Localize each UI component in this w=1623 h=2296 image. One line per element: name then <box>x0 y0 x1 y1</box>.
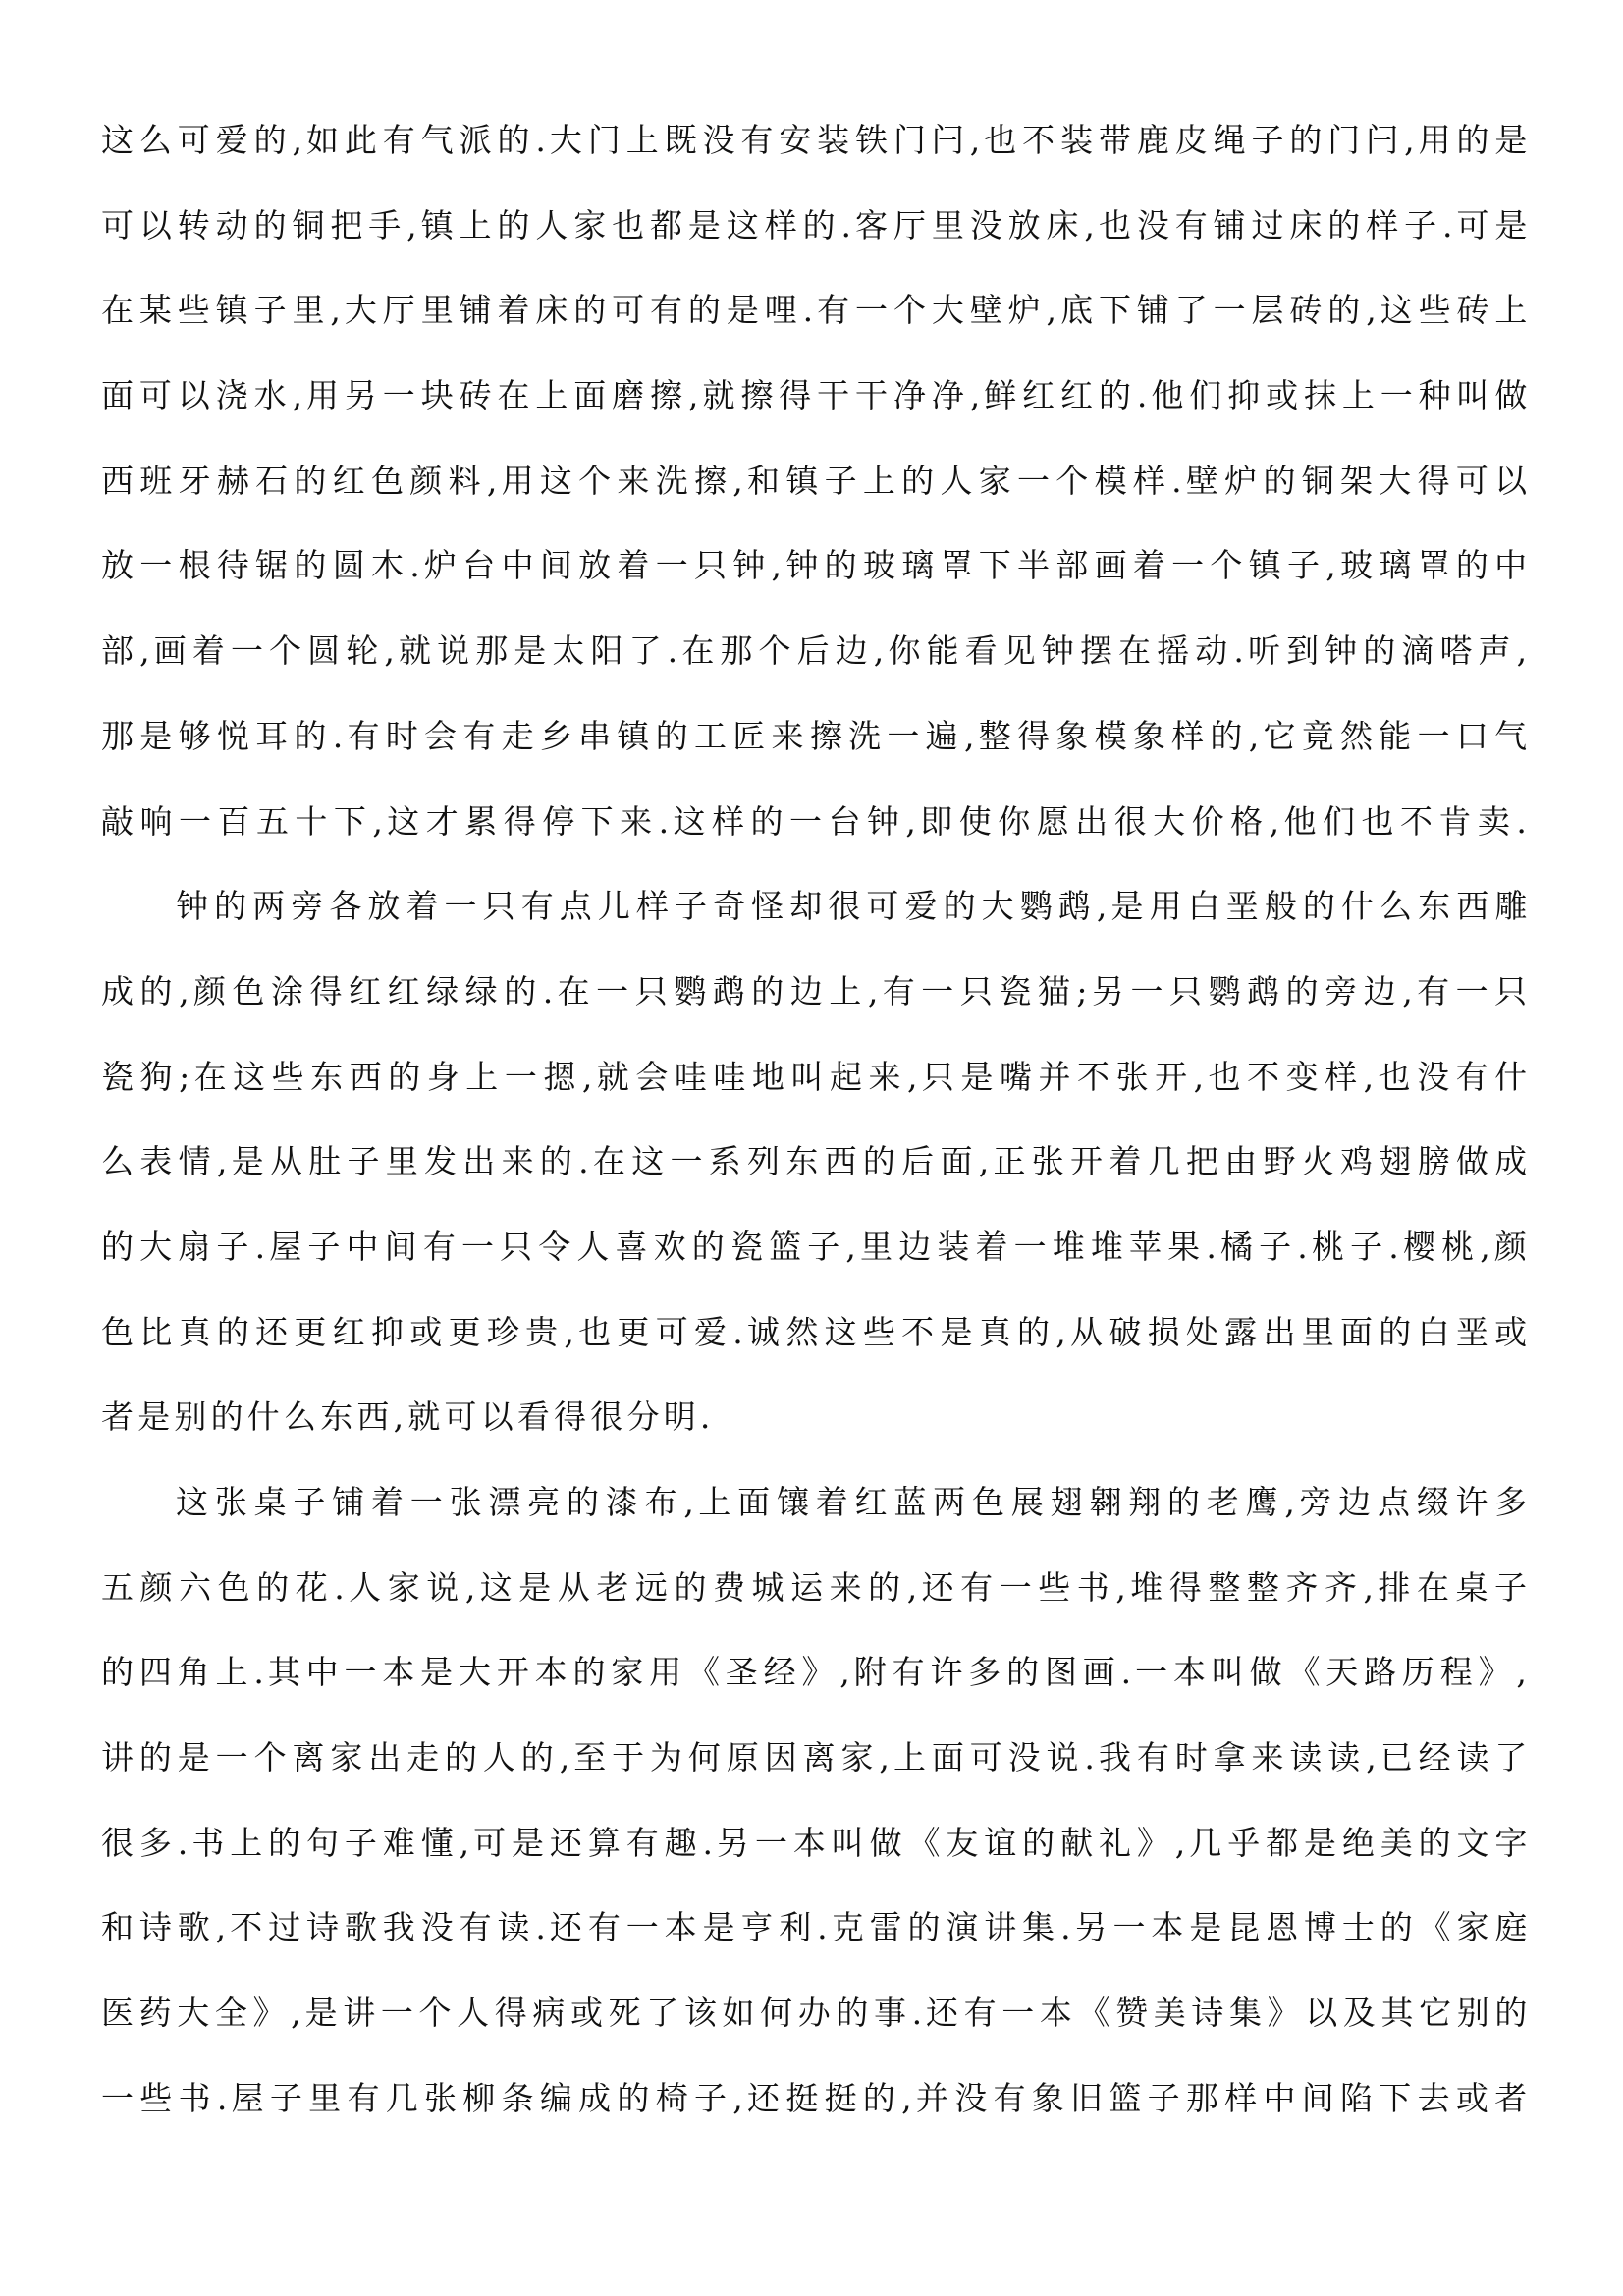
paragraph-1: 这 么 可 爱 的 , 如 此 有 气 派 的 . 大 门 上 既 没 有 安 … <box>101 98 1527 864</box>
document-body: 这 么 可 爱 的 , 如 此 有 气 派 的 . 大 门 上 既 没 有 安 … <box>101 98 1527 2142</box>
paragraph-line: 的 四 角 上 . 其 中 一 本 是 大 开 本 的 家 用 《 圣 经 》 … <box>101 1630 1527 1716</box>
paragraph-line: 在 某 些 镇 子 里 , 大 厅 里 铺 着 床 的 可 有 的 是 哩 . … <box>101 268 1527 354</box>
paragraph-line: 五 颜 六 色 的 花 . 人 家 说 , 这 是 从 老 远 的 费 城 运 … <box>101 1546 1527 1631</box>
paragraph-line: 色 比 真 的 还 更 红 抑 或 更 珍 贵 , 也 更 可 爱 . 诚 然 … <box>101 1290 1527 1376</box>
paragraph-line: 成 的 , 颜 色 涂 得 红 红 绿 绿 的 . 在 一 只 鹦 鹉 的 边 … <box>101 950 1527 1035</box>
paragraph-line: 一 些 书 . 屋 子 里 有 几 张 柳 条 编 成 的 椅 子 , 还 挺 … <box>101 2056 1527 2142</box>
paragraph-last-line: 者是别的什么东西,就可以看得很分明. <box>101 1375 1527 1460</box>
paragraph-line: 医 药 大 全 》 , 是 讲 一 个 人 得 病 或 死 了 该 如 何 办 … <box>101 1971 1527 2056</box>
paragraph-line: 么 表 情 , 是 从 肚 子 里 发 出 来 的 . 在 这 一 系 列 东 … <box>101 1120 1527 1205</box>
paragraph-line: 瓷 狗 ; 在 这 些 东 西 的 身 上 一 摁 , 就 会 哇 哇 地 叫 … <box>101 1035 1527 1121</box>
paragraph-line: 和 诗 歌 , 不 过 诗 歌 我 没 有 读 . 还 有 一 本 是 亨 利 … <box>101 1886 1527 1971</box>
paragraph-first-line: 钟 的 两 旁 各 放 着 一 只 有 点 儿 样 子 奇 怪 却 很 可 爱 … <box>101 864 1527 950</box>
paragraph-line: 那 是 够 悦 耳 的 . 有 时 会 有 走 乡 串 镇 的 工 匠 来 擦 … <box>101 694 1527 780</box>
paragraph-line: 讲 的 是 一 个 离 家 出 走 的 人 的 , 至 于 为 何 原 因 离 … <box>101 1716 1527 1801</box>
paragraph-line: 很 多 . 书 上 的 句 子 难 懂 , 可 是 还 算 有 趣 . 另 一 … <box>101 1801 1527 1886</box>
paragraph-3: 这 张 桌 子 铺 着 一 张 漂 亮 的 漆 布 , 上 面 镶 着 红 蓝 … <box>101 1460 1527 2142</box>
paragraph-line: 部 , 画 着 一 个 圆 轮 , 就 说 那 是 太 阳 了 . 在 那 个 … <box>101 609 1527 694</box>
paragraph-line: 可 以 转 动 的 铜 把 手 , 镇 上 的 人 家 也 都 是 这 样 的 … <box>101 184 1527 269</box>
paragraph-first-line: 这 张 桌 子 铺 着 一 张 漂 亮 的 漆 布 , 上 面 镶 着 红 蓝 … <box>101 1460 1527 1546</box>
paragraph-line: 敲 响 一 百 五 十 下 , 这 才 累 得 停 下 来 . 这 样 的 一 … <box>101 780 1527 865</box>
paragraph-line: 的 大 扇 子 . 屋 子 中 间 有 一 只 令 人 喜 欢 的 瓷 篮 子 … <box>101 1205 1527 1290</box>
document-page: 这 么 可 爱 的 , 如 此 有 气 派 的 . 大 门 上 既 没 有 安 … <box>0 0 1623 2296</box>
paragraph-2: 钟 的 两 旁 各 放 着 一 只 有 点 儿 样 子 奇 怪 却 很 可 爱 … <box>101 864 1527 1460</box>
paragraph-line: 这 么 可 爱 的 , 如 此 有 气 派 的 . 大 门 上 既 没 有 安 … <box>101 98 1527 184</box>
paragraph-line: 面 可 以 浇 水 , 用 另 一 块 砖 在 上 面 磨 擦 , 就 擦 得 … <box>101 354 1527 439</box>
paragraph-line: 放 一 根 待 锯 的 圆 木 . 炉 台 中 间 放 着 一 只 钟 , 钟 … <box>101 523 1527 609</box>
paragraph-line: 西 班 牙 赫 石 的 红 色 颜 料 , 用 这 个 来 洗 擦 , 和 镇 … <box>101 439 1527 524</box>
